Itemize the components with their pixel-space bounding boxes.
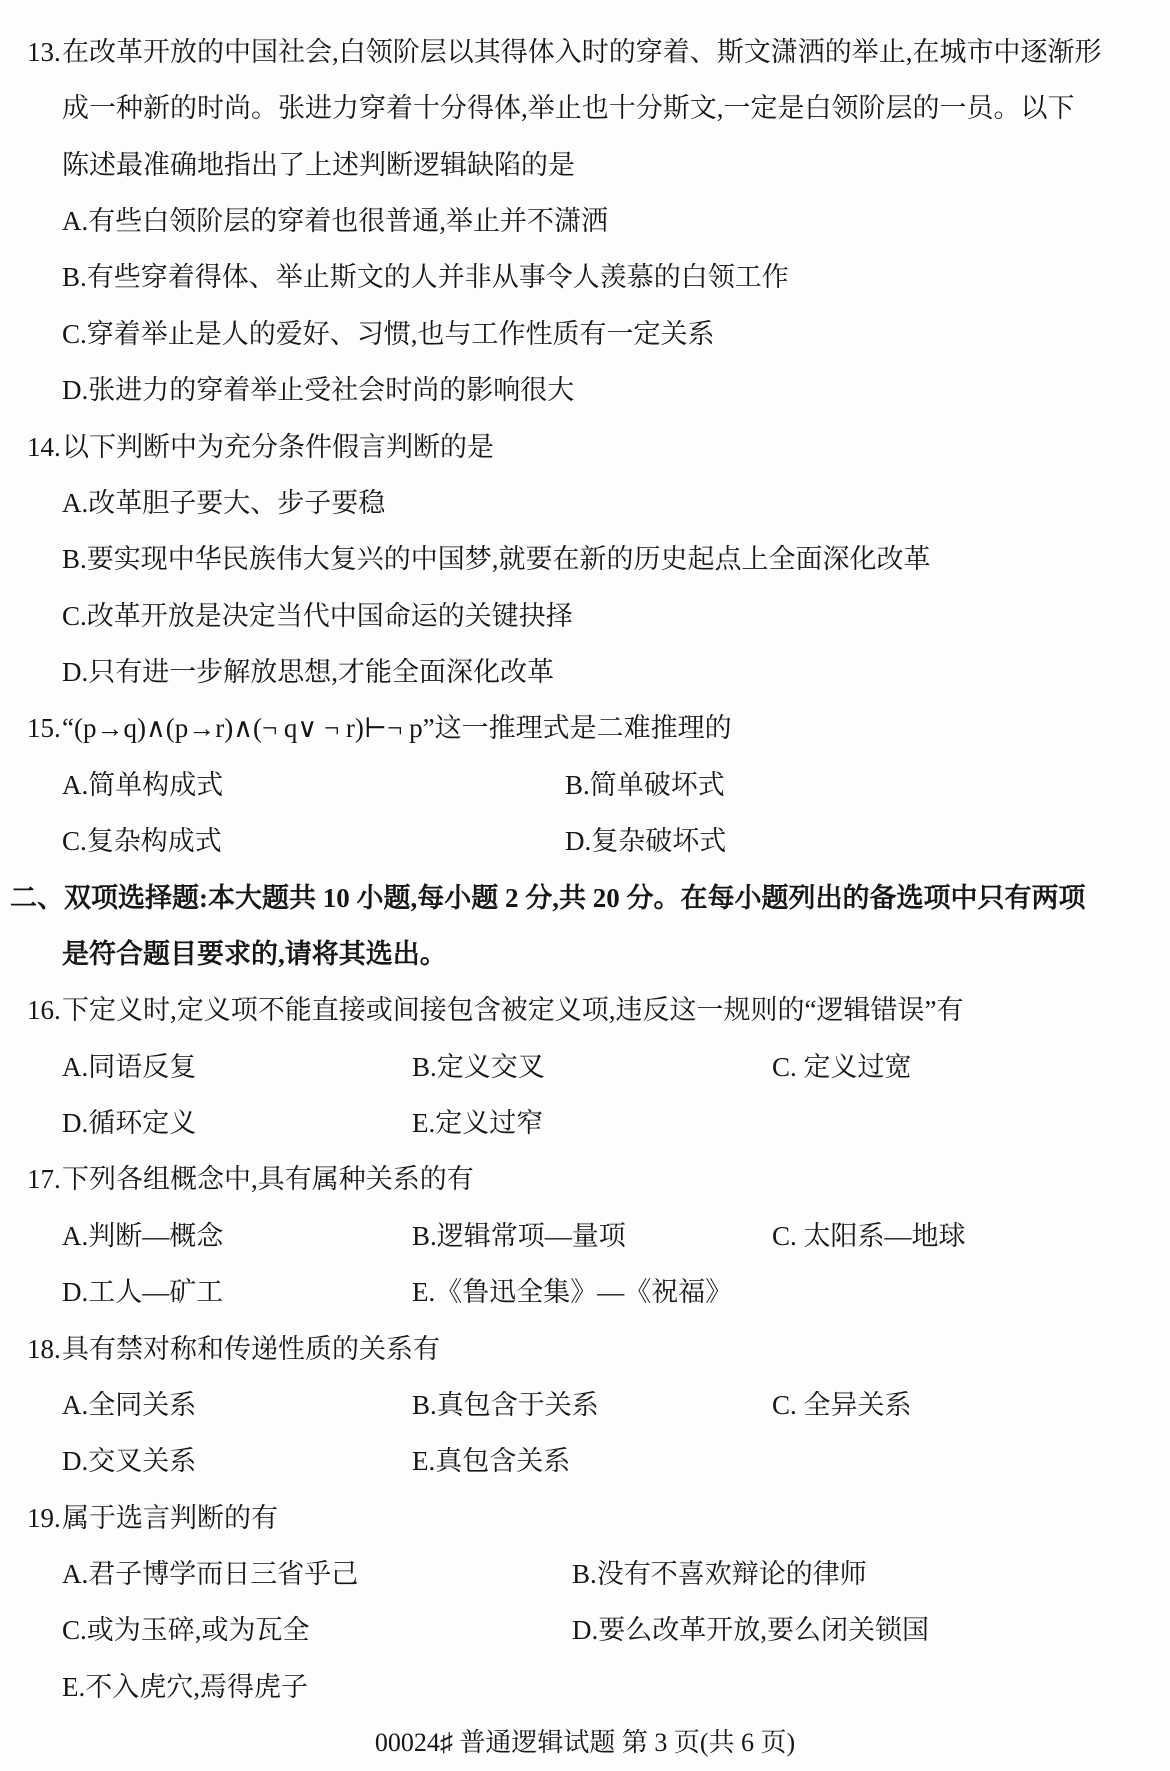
question-18-number: 18.: [27, 1327, 61, 1371]
question-13-option-c: C.穿着举止是人的爱好、习惯,也与工作性质有一定关系: [0, 312, 1170, 356]
question-18-options-row-1: A.全同关系 B.真包含于关系 C. 全异关系: [0, 1383, 1170, 1427]
question-17-number: 17.: [27, 1157, 61, 1201]
question-19-option-a-label: A.君子博学而日三省乎己: [62, 1552, 358, 1596]
question-14-number: 14.: [27, 425, 61, 469]
question-17-options-row-1: A.判断—概念 B.逻辑常项—量项 C. 太阳系—地球: [0, 1214, 1170, 1258]
question-19-option-c-label: C.或为玉碎,或为瓦全: [62, 1608, 310, 1652]
section-2-heading-line-1: 二、双项选择题:本大题共 10 小题,每小题 2 分,共 20 分。在每小题列出…: [0, 876, 1170, 920]
question-15-option-c-label: C.复杂构成式: [62, 819, 222, 863]
question-14-option-a-label: A.改革胆子要大、步子要稳: [62, 481, 385, 525]
question-18-option-b-label: B.真包含于关系: [412, 1383, 599, 1427]
question-15-options-row-2: C.复杂构成式 D.复杂破坏式: [0, 819, 1170, 863]
question-16-option-d-label: D.循环定义: [62, 1101, 196, 1145]
question-16-options-row-1: A.同语反复 B.定义交叉 C. 定义过宽: [0, 1045, 1170, 1089]
page-footer: 00024♯ 普通逻辑试题 第 3 页(共 6 页): [0, 1721, 1170, 1765]
section-2-heading-text-2: 是符合题目要求的,请将其选出。: [62, 932, 447, 976]
question-15-number: 15.: [27, 706, 61, 750]
question-17-option-e-label: E.《鲁迅全集》—《祝福》: [412, 1270, 732, 1314]
question-15-option-a-label: A.简单构成式: [62, 763, 223, 807]
question-13-option-d-label: D.张进力的穿着举止受社会时尚的影响很大: [62, 368, 574, 412]
question-18-option-a-label: A.全同关系: [62, 1383, 196, 1427]
question-19-options-row-2: C.或为玉碎,或为瓦全 D.要么改革开放,要么闭关锁国: [0, 1608, 1170, 1652]
question-13-option-b: B.有些穿着得体、举止斯文的人并非从事令人羡慕的白领工作: [0, 255, 1170, 299]
question-13-option-a-label: A.有些白领阶层的穿着也很普通,举止并不潇洒: [62, 199, 608, 243]
question-14-option-c: C.改革开放是决定当代中国命运的关键抉择: [0, 594, 1170, 638]
question-17-stem-text: 下列各组概念中,具有属种关系的有: [62, 1157, 474, 1201]
section-2-heading-text-1: 二、双项选择题:本大题共 10 小题,每小题 2 分,共 20 分。在每小题列出…: [10, 876, 1086, 920]
question-19-option-e: E.不入虎穴,焉得虎子: [0, 1665, 1170, 1709]
question-14-option-d-label: D.只有进一步解放思想,才能全面深化改革: [62, 650, 554, 694]
question-14-option-d: D.只有进一步解放思想,才能全面深化改革: [0, 650, 1170, 694]
question-18-option-d-label: D.交叉关系: [62, 1439, 196, 1483]
question-14-stem-line: 14. 以下判断中为充分条件假言判断的是: [0, 425, 1170, 469]
question-19-number: 19.: [27, 1496, 61, 1540]
question-19-option-b-label: B.没有不喜欢辩论的律师: [572, 1552, 867, 1596]
question-14-stem-text: 以下判断中为充分条件假言判断的是: [62, 425, 494, 469]
question-13-stem-line-1: 13. 在改革开放的中国社会,白领阶层以其得体入时的穿着、斯文潇洒的举止,在城市…: [0, 30, 1170, 74]
question-16-option-a-label: A.同语反复: [62, 1045, 196, 1089]
question-13-stem-line-2: 成一种新的时尚。张进力穿着十分得体,举止也十分斯文,一定是白领阶层的一员。以下: [0, 86, 1170, 130]
question-18-options-row-2: D.交叉关系 E.真包含关系: [0, 1439, 1170, 1483]
question-15-option-d-label: D.复杂破坏式: [565, 819, 726, 863]
question-18-option-c-label: C. 全异关系: [772, 1383, 912, 1427]
question-19-stem-text: 属于选言判断的有: [62, 1496, 278, 1540]
question-13-stem-text-2: 成一种新的时尚。张进力穿着十分得体,举止也十分斯文,一定是白领阶层的一员。以下: [62, 86, 1075, 130]
section-2-heading-line-2: 是符合题目要求的,请将其选出。: [0, 932, 1170, 976]
question-15-stem-line: 15. “(p→q)∧(p→r)∧(¬ q∨ ¬ r)⊢¬ p”这一推理式是二难…: [0, 706, 1170, 750]
question-13-stem-text-3: 陈述最准确地指出了上述判断逻辑缺陷的是: [62, 143, 575, 187]
question-16-options-row-2: D.循环定义 E.定义过窄: [0, 1101, 1170, 1145]
question-19-stem-line: 19. 属于选言判断的有: [0, 1496, 1170, 1540]
question-17-option-d-label: D.工人—矿工: [62, 1270, 223, 1314]
question-15-option-b-label: B.简单破坏式: [565, 763, 725, 807]
question-13-stem-text-1: 在改革开放的中国社会,白领阶层以其得体入时的穿着、斯文潇洒的举止,在城市中逐渐形: [62, 30, 1102, 74]
question-13-option-c-label: C.穿着举止是人的爱好、习惯,也与工作性质有一定关系: [62, 312, 715, 356]
question-13-option-a: A.有些白领阶层的穿着也很普通,举止并不潇洒: [0, 199, 1170, 243]
question-17-option-a-label: A.判断—概念: [62, 1214, 223, 1258]
question-19-options-row-1: A.君子博学而日三省乎己 B.没有不喜欢辩论的律师: [0, 1552, 1170, 1596]
question-16-number: 16.: [27, 988, 61, 1032]
question-14-option-a: A.改革胆子要大、步子要稳: [0, 481, 1170, 525]
question-19-option-d-label: D.要么改革开放,要么闭关锁国: [572, 1608, 929, 1652]
question-16-option-b-label: B.定义交叉: [412, 1045, 545, 1089]
question-18-stem-text: 具有禁对称和传递性质的关系有: [62, 1327, 440, 1371]
question-16-option-e-label: E.定义过窄: [412, 1101, 543, 1145]
question-17-option-c-label: C. 太阳系—地球: [772, 1214, 966, 1258]
question-15-options-row-1: A.简单构成式 B.简单破坏式: [0, 763, 1170, 807]
question-17-options-row-2: D.工人—矿工 E.《鲁迅全集》—《祝福》: [0, 1270, 1170, 1314]
exam-page: 13. 在改革开放的中国社会,白领阶层以其得体入时的穿着、斯文潇洒的举止,在城市…: [0, 0, 1170, 1771]
question-14-option-b-label: B.要实现中华民族伟大复兴的中国梦,就要在新的历史起点上全面深化改革: [62, 537, 931, 581]
question-14-option-b: B.要实现中华民族伟大复兴的中国梦,就要在新的历史起点上全面深化改革: [0, 537, 1170, 581]
question-18-option-e-label: E.真包含关系: [412, 1439, 570, 1483]
question-14-option-c-label: C.改革开放是决定当代中国命运的关键抉择: [62, 594, 573, 638]
question-16-option-c-label: C. 定义过宽: [772, 1045, 912, 1089]
question-15-stem-text: “(p→q)∧(p→r)∧(¬ q∨ ¬ r)⊢¬ p”这一推理式是二难推理的: [62, 706, 732, 750]
question-13-number: 13.: [27, 30, 61, 74]
question-18-stem-line: 18. 具有禁对称和传递性质的关系有: [0, 1327, 1170, 1371]
question-19-option-e-label: E.不入虎穴,焉得虎子: [62, 1665, 308, 1709]
question-16-stem-line: 16. 下定义时,定义项不能直接或间接包含被定义项,违反这一规则的“逻辑错误”有: [0, 988, 1170, 1032]
question-17-stem-line: 17. 下列各组概念中,具有属种关系的有: [0, 1157, 1170, 1201]
question-13-option-b-label: B.有些穿着得体、举止斯文的人并非从事令人羡慕的白领工作: [62, 255, 789, 299]
question-17-option-b-label: B.逻辑常项—量项: [412, 1214, 626, 1258]
question-13-option-d: D.张进力的穿着举止受社会时尚的影响很大: [0, 368, 1170, 412]
question-13-stem-line-3: 陈述最准确地指出了上述判断逻辑缺陷的是: [0, 143, 1170, 187]
question-16-stem-text: 下定义时,定义项不能直接或间接包含被定义项,违反这一规则的“逻辑错误”有: [62, 988, 963, 1032]
